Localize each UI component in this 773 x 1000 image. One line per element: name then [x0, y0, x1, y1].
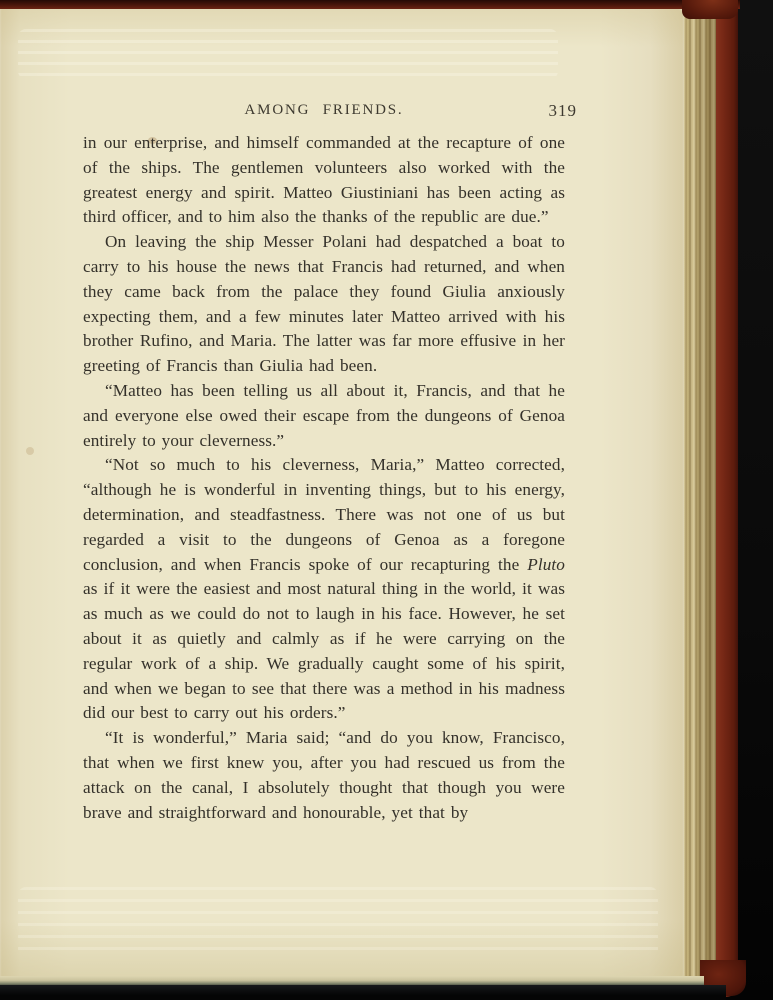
book-cover-top-corner: [682, 0, 738, 19]
book-cover-top-edge: [0, 0, 740, 9]
paragraph-dialogue: “Not so much to his cleverness, Maria,” …: [83, 453, 565, 726]
body-text: in our enterprise, and himself commanded…: [83, 131, 565, 825]
paragraph-dialogue: “Matteo has been telling us all about it…: [83, 379, 565, 453]
background-surface: [0, 985, 726, 1000]
paragraph-continuation: in our enterprise, and himself commanded…: [83, 131, 565, 230]
page-number: 319: [549, 101, 578, 121]
paragraph-dialogue: “It is wonderful,” Maria said; “and do y…: [83, 726, 565, 825]
running-header-title: AMONG FRIENDS.: [83, 102, 565, 119]
dialogue-text: as if it were the easiest and most natur…: [83, 579, 565, 722]
paragraph: On leaving the ship Messer Polani had de…: [83, 230, 565, 379]
ship-name-italic: Pluto: [527, 555, 565, 574]
scan-streaks-bottom: [18, 887, 658, 957]
book-photograph: AMONG FRIENDS. 319 in our enterprise, an…: [0, 0, 773, 1000]
dialogue-text: “Not so much to his cleverness, Maria,” …: [83, 455, 565, 573]
scan-streaks-top: [18, 29, 558, 79]
paper-foxing-spot: [26, 447, 34, 455]
running-header: AMONG FRIENDS. 319: [83, 102, 565, 124]
